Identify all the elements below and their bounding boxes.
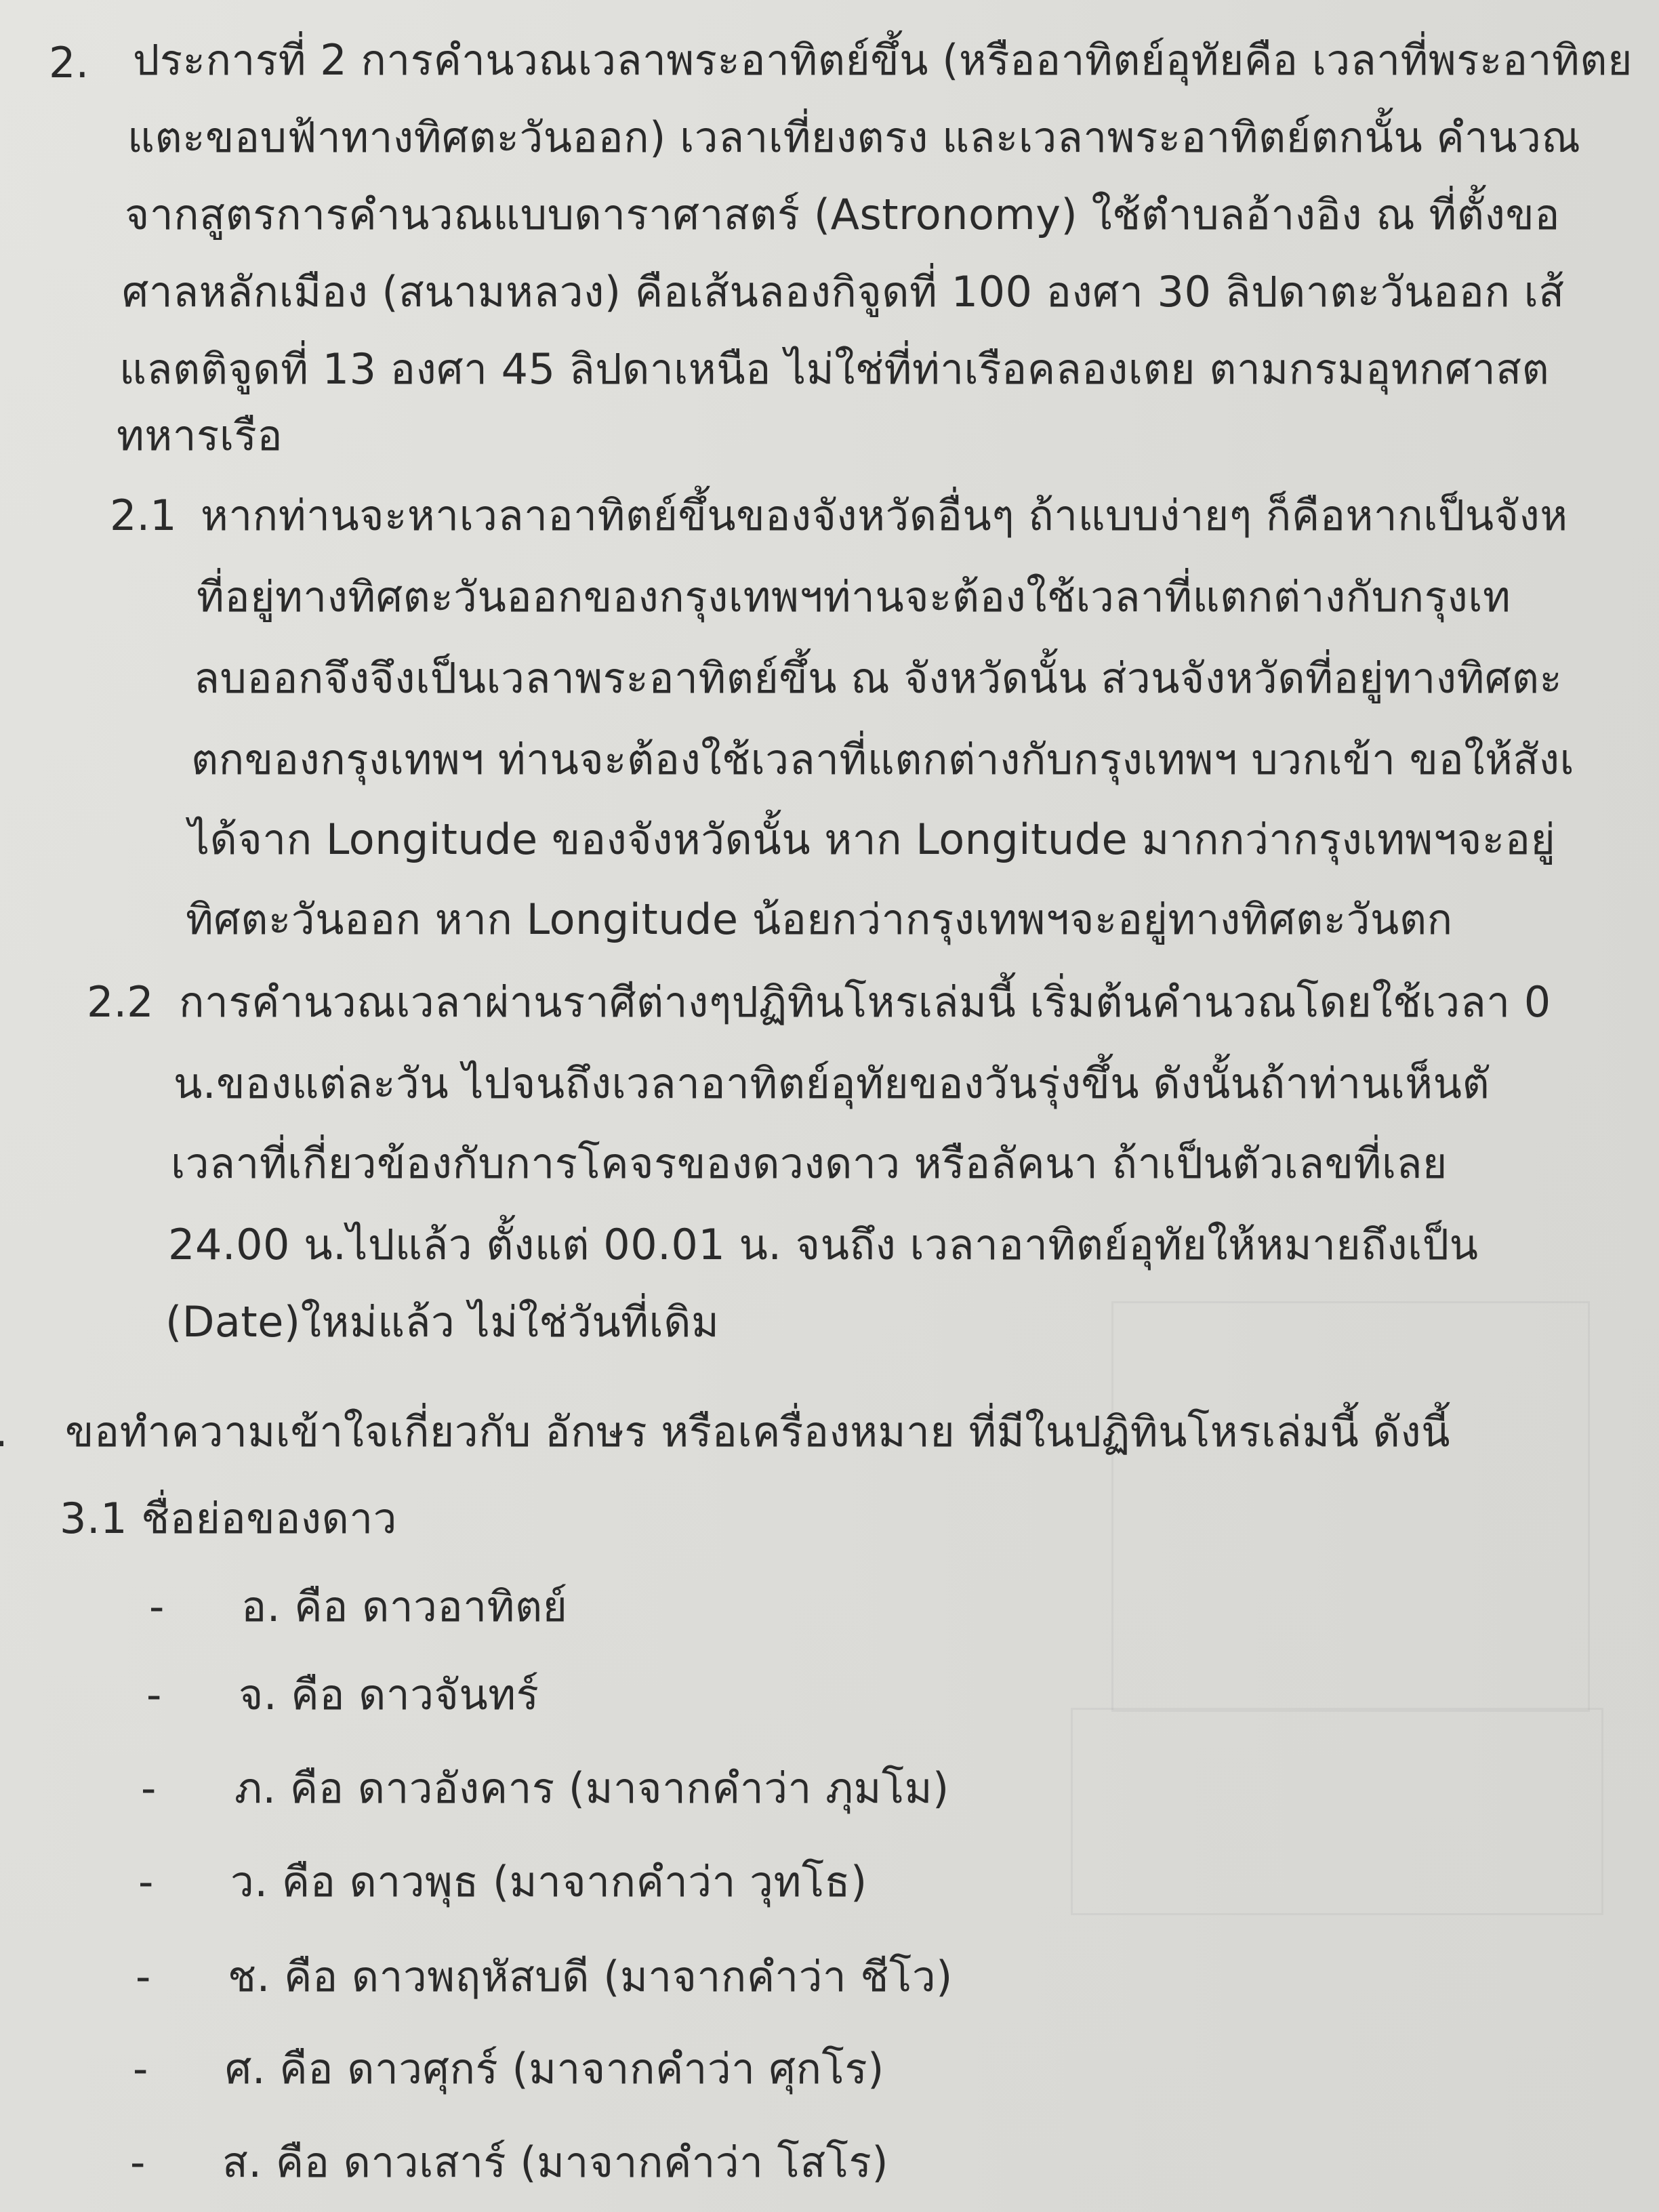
- section-2-2-line-4: 24.00 น.ไปแล้ว ตั้งแต่ 00.01 น. จนถึง เว…: [168, 1224, 1479, 1266]
- list-item-venus: ศ. คือ ดาวศุกร์ (มาจากคำว่า ศุกโร): [225, 2048, 884, 2090]
- list-item-saturn: ส. คือ ดาวเสาร์ (มาจากคำว่า โสโร): [222, 2142, 888, 2184]
- section-2-1-line-5: ได้จาก Longitude ของจังหวัดนั้น หาก Long…: [188, 819, 1555, 861]
- section-2-line-3: จากสูตรการคำนวณแบบดาราศาสตร์ (Astronomy)…: [125, 194, 1560, 236]
- section-2-2-line-5: (Date)ใหม่แล้ว ไม่ใช่วันที่เดิม: [165, 1301, 719, 1343]
- list-bullet: -: [146, 1674, 161, 1716]
- list-item-moon: จ. คือ ดาวจันทร์: [239, 1674, 539, 1716]
- document-page: 2. ประการที่ 2 การคำนวณเวลาพระอาทิตย์ขึ้…: [0, 0, 1659, 2212]
- section-2-line-4: ศาลหลักเมือง (สนามหลวง) คือเส้นลองกิจูดท…: [122, 271, 1565, 313]
- section-2-2-line-3: เวลาที่เกี่ยวข้องกับการโคจรของดวงดาว หรื…: [171, 1143, 1448, 1185]
- section-2-line-5: แลตติจูดที่ 13 องศา 45 ลิปดาเหนือ ไม่ใช่…: [119, 348, 1549, 390]
- list-bullet: -: [130, 2142, 145, 2184]
- section-2-2-line-1: การคำนวณเวลาผ่านราศีต่างๆปฏิทินโหรเล่มนี…: [179, 981, 1551, 1023]
- list-bullet: -: [141, 1767, 156, 1809]
- section-2-1-line-1: หากท่านจะหาเวลาอาทิตย์ขึ้นของจังหวัดอื่น…: [201, 495, 1568, 537]
- section-2-2-number: 2.2: [87, 981, 154, 1023]
- section-2-1-line-2: ที่อยู่ทางทิศตะวันออกของกรุงเทพฯท่านจะต้…: [197, 576, 1511, 618]
- section-3-number: .: [0, 1411, 8, 1453]
- list-item-mercury: ว. คือ ดาวพุธ (มาจากคำว่า วุทโธ): [230, 1861, 867, 1903]
- list-bullet: -: [149, 1586, 164, 1628]
- section-3-line: ขอทำความเข้าใจเกี่ยวกับ อักษร หรือเครื่อ…: [65, 1411, 1450, 1453]
- section-2-1-line-3: ลบออกจึงจึงเป็นเวลาพระอาทิตย์ขึ้น ณ จังห…: [194, 657, 1562, 699]
- section-2-2-line-2: น.ของแต่ละวัน ไปจนถึงเวลาอาทิตย์อุทัยของ…: [173, 1063, 1490, 1105]
- section-2-line-6: ทหารเรือ: [117, 415, 283, 457]
- list-bullet: -: [136, 1956, 150, 1998]
- section-2-line-2: แตะขอบฟ้าทางทิศตะวันออก) เวลาเที่ยงตรง แ…: [127, 117, 1580, 159]
- list-item-mars: ภ. คือ ดาวอังคาร (มาจากคำว่า ภุมโม): [234, 1767, 949, 1809]
- section-2-line-1: ประการที่ 2 การคำนวณเวลาพระอาทิตย์ขึ้น (…: [133, 39, 1633, 81]
- section-2-1-number: 2.1: [110, 495, 177, 537]
- section-2-1-line-4: ตกของกรุงเทพฯ ท่านจะต้องใช้เวลาที่แตกต่า…: [191, 739, 1574, 781]
- list-item-sun: อ. คือ ดาวอาทิตย์: [241, 1586, 567, 1628]
- bleed-through-box: [1071, 1708, 1603, 1915]
- section-2-number: 2.: [49, 42, 89, 84]
- bleed-through-table: [1111, 1301, 1590, 1712]
- section-2-1-line-6: ทิศตะวันออก หาก Longitude น้อยกว่ากรุงเท…: [186, 899, 1453, 941]
- section-3-1-heading: 3.1 ชื่อย่อของดาว: [60, 1498, 397, 1540]
- list-item-jupiter: ช. คือ ดาวพฤหัสบดี (มาจากคำว่า ชีโว): [228, 1956, 953, 1998]
- list-bullet: -: [138, 1861, 153, 1903]
- list-bullet: -: [133, 2048, 148, 2090]
